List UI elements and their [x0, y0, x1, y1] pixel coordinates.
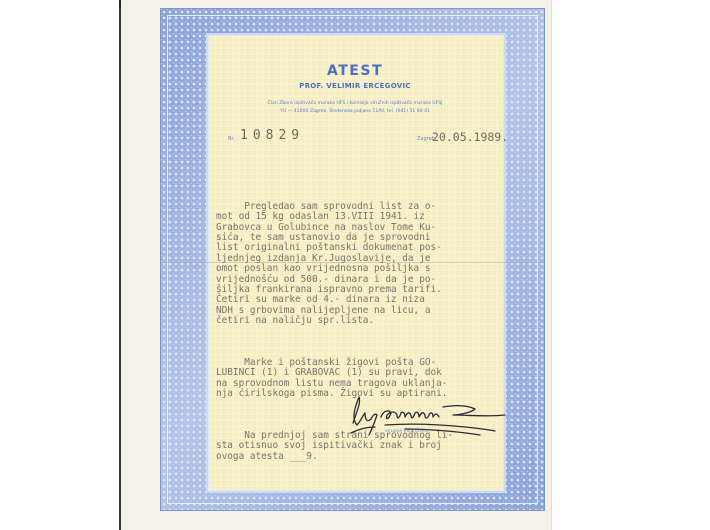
signature-printed-name: VELIMIR ERCEGOVIC: [385, 428, 429, 433]
certificate-title: ATEST: [0, 63, 710, 79]
certificate-date: 20.05.1989.: [432, 130, 508, 144]
handwritten-signature: [345, 393, 525, 443]
certificate-number-row: Br. 10829 Zagreb, 20.05.1989.: [228, 128, 498, 148]
certificate-number: 10829: [240, 128, 304, 143]
issuer-name: PROF. VELIMIR ERCEGOVIC: [0, 82, 710, 90]
issuer-address: YU — 41000 Zagreb, Šindenska poljana 11/…: [0, 109, 710, 114]
issuer-affiliation: Član Zbora ispitivača maraka HFS i Komis…: [0, 101, 710, 106]
paragraph-examination: Pregledao sam sprovodni list za o-mot od…: [216, 202, 506, 327]
number-label: Br.: [228, 136, 235, 142]
text-line: ovoga atesta ___9.: [216, 452, 506, 462]
text-line: četiri na naličju spr.lista.: [216, 316, 506, 326]
